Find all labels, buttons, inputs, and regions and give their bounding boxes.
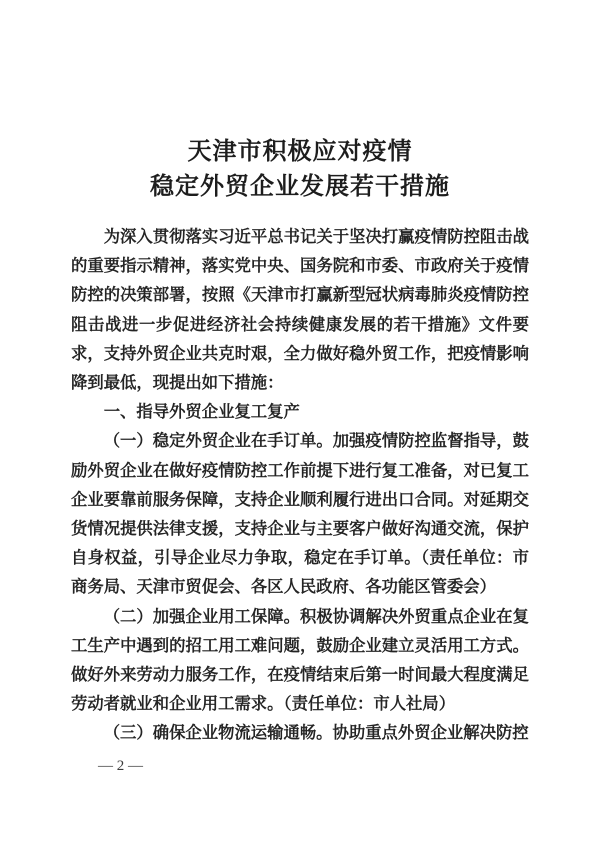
document-title: 天津市积极应对疫情 稳定外贸企业发展若干措施 <box>71 134 529 204</box>
page-number: — 2 — <box>71 756 529 776</box>
title-line-1: 天津市积极应对疫情 <box>71 134 529 169</box>
title-line-2: 稳定外贸企业发展若干措施 <box>71 169 529 204</box>
measure-paragraph-1: （一）稳定外贸企业在手订单。加强疫情防控监督指导，鼓励外贸企业在做好疫情防控工作… <box>71 427 529 602</box>
document-body: 为深入贯彻落实习近平总书记关于坚决打赢疫情防控阻击战的重要指示精神，落实党中央、… <box>71 223 529 749</box>
measure-paragraph-3: （三）确保企业物流运输通畅。协助重点外贸企业解决防控 <box>71 719 529 748</box>
section-heading-1: 一、指导外贸企业复工复产 <box>71 398 529 427</box>
measure-paragraph-2: （二）加强企业用工保障。积极协调解决外贸重点企业在复工生产中遇到的招工用工难问题… <box>71 603 529 720</box>
intro-paragraph: 为深入贯彻落实习近平总书记关于坚决打赢疫情防控阻击战的重要指示精神，落实党中央、… <box>71 223 529 398</box>
document-page: 天津市积极应对疫情 稳定外贸企业发展若干措施 为深入贯彻落实习近平总书记关于坚决… <box>0 0 600 848</box>
